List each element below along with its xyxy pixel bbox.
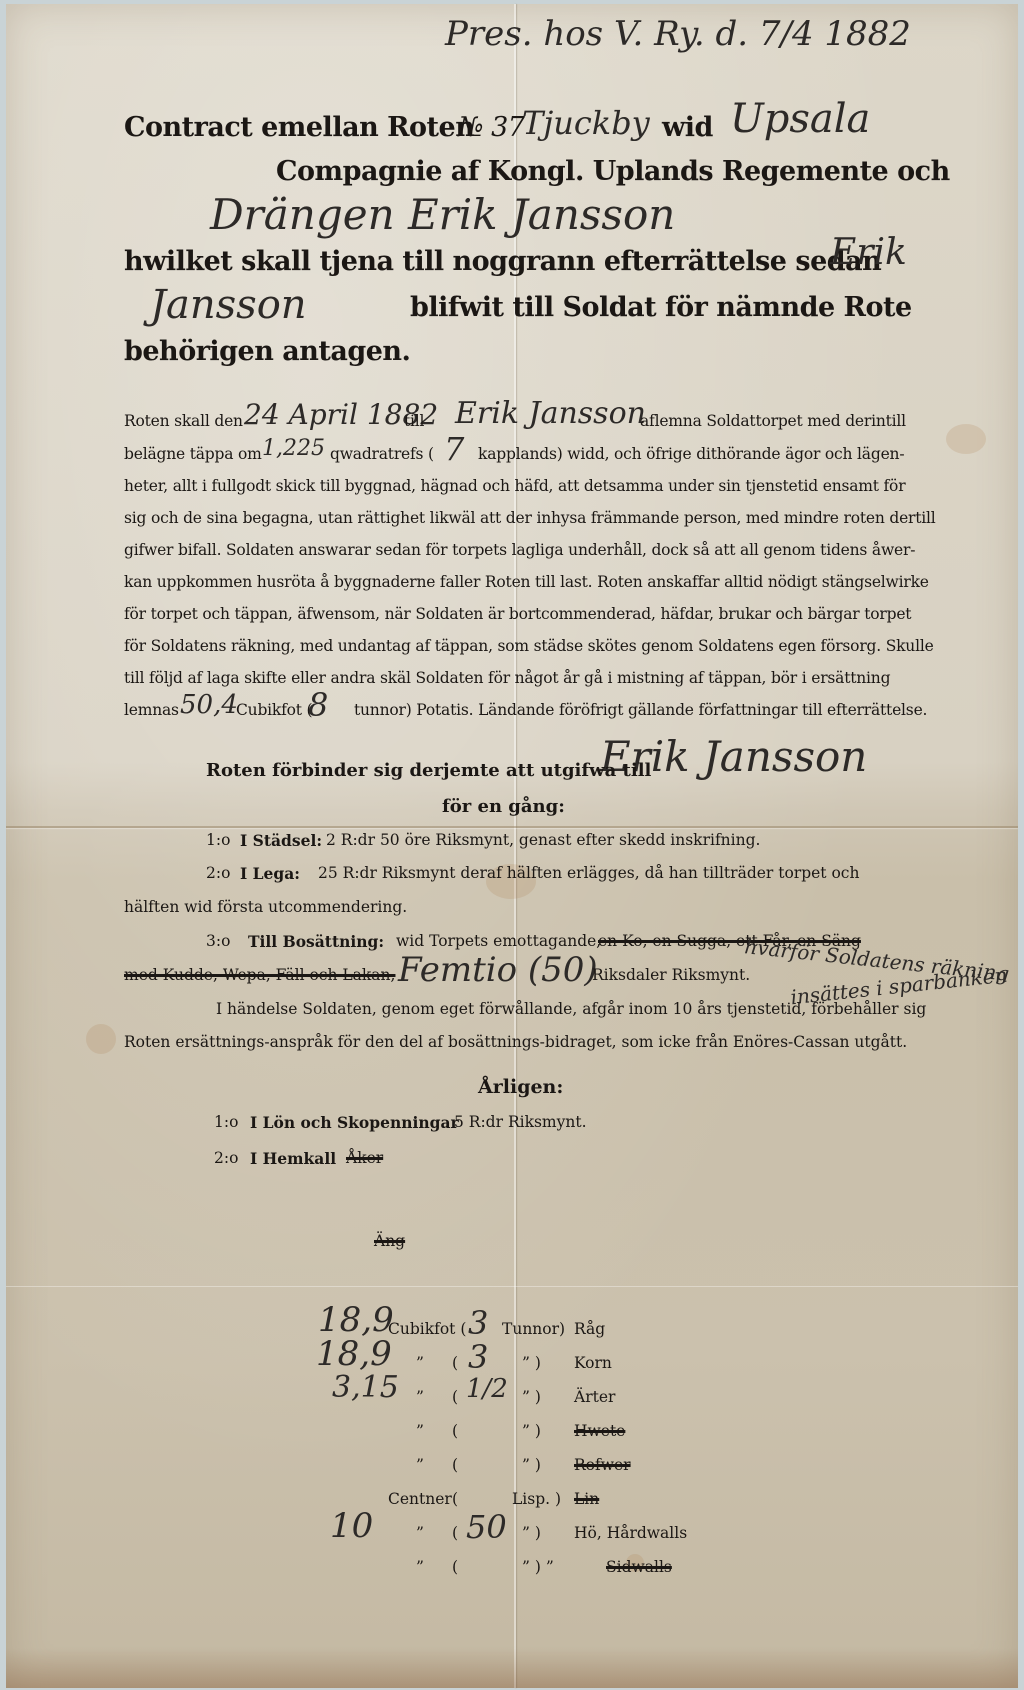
annual-item2-label: I Hemkall xyxy=(250,1149,336,1168)
sidwalls-unit2: ” ) ” xyxy=(522,1558,554,1576)
hay-amount: 10 xyxy=(330,1506,373,1546)
body-l1-c: aflemna Soldattorpet med derintill xyxy=(640,412,906,430)
body-l10-c: tunnor) Potatis. Ländande föröfrigt gäll… xyxy=(354,701,927,719)
body-l6: kan uppkommen husröta å byggnaderne fall… xyxy=(124,573,929,591)
annual-item2-struck: Åker xyxy=(346,1149,383,1167)
item3-label: Till Bosättning: xyxy=(248,932,384,951)
body-l10-a: lemnas xyxy=(124,701,179,719)
peas-amount: 3,15 xyxy=(332,1370,399,1405)
body-l7: för torpet och täppan, äfwensom, när Sol… xyxy=(124,605,911,623)
flax-unit2: Lisp. ) xyxy=(512,1490,561,1508)
body-name-handwritten: Erik Jansson xyxy=(455,396,646,431)
body-l9: till följd af laga skifte eller andra sk… xyxy=(124,669,890,687)
clause-line2: Roten ersättnings-anspråk för den del af… xyxy=(124,1033,907,1051)
plot-area-value: 1,225 xyxy=(262,436,325,461)
flax-item-struck: Lin xyxy=(574,1490,599,1508)
sidwalls-item-struck: Sidwalls xyxy=(606,1558,672,1576)
item2-text: 25 R:dr Riksmynt deraf hälften erlägges,… xyxy=(318,864,859,882)
title-line5: blifwit till Soldat för nämnde Rote xyxy=(410,292,912,323)
title-line2: Compagnie af Kongl. Uplands Regemente oc… xyxy=(276,156,950,187)
body-l5: gifwer bifall. Soldaten answarar sedan f… xyxy=(124,541,915,559)
company-handwritten: Upsala xyxy=(730,96,870,142)
title-line1-a: Contract emellan Roten xyxy=(124,112,474,143)
rote-number: № 37 xyxy=(458,112,525,143)
title-line6: behörigen antagen. xyxy=(124,336,410,367)
barley-unit2: ” ) xyxy=(522,1354,541,1372)
barley-qty: 3 xyxy=(468,1338,488,1376)
turnip-paren: ( xyxy=(452,1456,458,1474)
wheat-paren: ( xyxy=(452,1422,458,1440)
hay-unit2: ” ) xyxy=(522,1524,541,1542)
item1-num: 1:o xyxy=(206,831,230,849)
potato-cubic-feet: 50,4 xyxy=(180,690,238,720)
annual-item1-text: 5 R:dr Riksmynt. xyxy=(454,1113,587,1131)
body-l10-b: Cubikfot ( xyxy=(236,701,312,719)
peas-item: Ärter xyxy=(574,1388,615,1406)
flax-paren: ( xyxy=(452,1490,458,1508)
rye-qty: 3 xyxy=(468,1304,488,1342)
item1-text: 2 R:dr 50 öre Riksmynt, genast efter ske… xyxy=(326,831,760,849)
item2-num: 2:o xyxy=(206,864,230,882)
stain xyxy=(86,1024,116,1054)
rote-name-handwritten: Tjuckby xyxy=(522,104,650,142)
hay-unit: ” xyxy=(416,1524,424,1542)
wheat-unit: ” xyxy=(416,1422,424,1440)
annual-item2-num: 2:o xyxy=(214,1149,238,1167)
body-l4: sig och de sina begagna, utan rättighet … xyxy=(124,509,936,527)
potato-tunnor: 8 xyxy=(308,686,328,724)
body-l2-c: kapplands) widd, och öfrige dithörande ä… xyxy=(478,445,904,463)
annual-item1-label: I Lön och Skopenningar xyxy=(250,1113,459,1132)
barley-paren: ( xyxy=(452,1354,458,1372)
settlement-amount-handwritten: Femtio (50) xyxy=(398,950,598,990)
registration-annotation: Pres. hos V. Ry. d. 7/4 1882 xyxy=(445,14,911,54)
one-time-heading: för en gång: xyxy=(442,796,565,817)
body-l2-a: belägne täppa om xyxy=(124,445,262,463)
title-wid: wid xyxy=(662,112,713,143)
item2-label: I Lega: xyxy=(240,864,300,883)
first-name-handwritten: Erik xyxy=(830,232,907,273)
horizontal-fold xyxy=(6,826,1018,828)
body-l3: heter, allt i fullgodt skick till byggna… xyxy=(124,477,905,495)
stain xyxy=(946,424,986,454)
wheat-unit2: ” ) xyxy=(522,1422,541,1440)
peas-unit: ” xyxy=(416,1388,424,1406)
struck-ang: Äng xyxy=(374,1232,405,1250)
kappland-value: 7 xyxy=(444,430,464,468)
turnip-unit2: ” ) xyxy=(522,1456,541,1474)
item3-after: Riksdaler Riksmynt. xyxy=(592,966,750,984)
horizontal-crease xyxy=(6,1286,1018,1287)
hay-item: Hö, Hårdwalls xyxy=(574,1524,687,1542)
item2-continued: hälften wid första utcommendering. xyxy=(124,898,407,916)
wheat-item-struck: Hwete xyxy=(574,1422,625,1440)
body-l2-b: qwadratrefs ( xyxy=(330,445,434,463)
item3-struck-goods-2: med Kudde, Wepa, Fäll och Lakan, xyxy=(124,966,395,984)
body-l1-a: Roten skall den xyxy=(124,412,243,430)
soldier-name-handwritten: Drängen Erik Jansson xyxy=(210,190,675,239)
rye-item: Råg xyxy=(574,1320,605,1338)
hay-qty: 50 xyxy=(466,1508,507,1546)
hay-paren: ( xyxy=(452,1524,458,1542)
barley-unit: ” xyxy=(416,1354,424,1372)
peas-qty: 1/2 xyxy=(466,1374,508,1404)
turnip-item-struck: Rofwer xyxy=(574,1456,631,1474)
annual-item1-num: 1:o xyxy=(214,1113,238,1131)
sidwalls-unit: ” xyxy=(416,1558,424,1576)
flax-unit: Centner xyxy=(388,1490,452,1508)
barley-amount: 18,9 xyxy=(316,1334,392,1374)
last-name-handwritten: Jansson xyxy=(150,282,307,328)
peas-paren: ( xyxy=(452,1388,458,1406)
item1-label: I Städsel: xyxy=(240,831,322,850)
title-line4: hwilket skall tjena till noggrann efterr… xyxy=(124,246,881,277)
body-l1-b: till xyxy=(404,412,424,430)
rye-unit2: Tunnor) xyxy=(502,1320,565,1338)
annual-heading: Årligen: xyxy=(478,1076,563,1098)
body-l8: för Soldatens räkning, med undantag af t… xyxy=(124,637,934,655)
turnip-unit: ” xyxy=(416,1456,424,1474)
peas-unit2: ” ) xyxy=(522,1388,541,1406)
item3-text: wid Torpets emottagande, xyxy=(396,932,601,950)
obligations-heading: Roten förbinder sig derjemte att utgifwa… xyxy=(206,760,651,781)
rye-unit: Cubikfot ( xyxy=(388,1320,466,1338)
item3-num: 3:o xyxy=(206,932,230,950)
sidwalls-paren: ( xyxy=(452,1558,458,1576)
worn-bottom-edge xyxy=(6,1648,1018,1688)
barley-item: Korn xyxy=(574,1354,612,1372)
clause-line1: I händelse Soldaten, genom eget förwålla… xyxy=(216,1000,926,1018)
